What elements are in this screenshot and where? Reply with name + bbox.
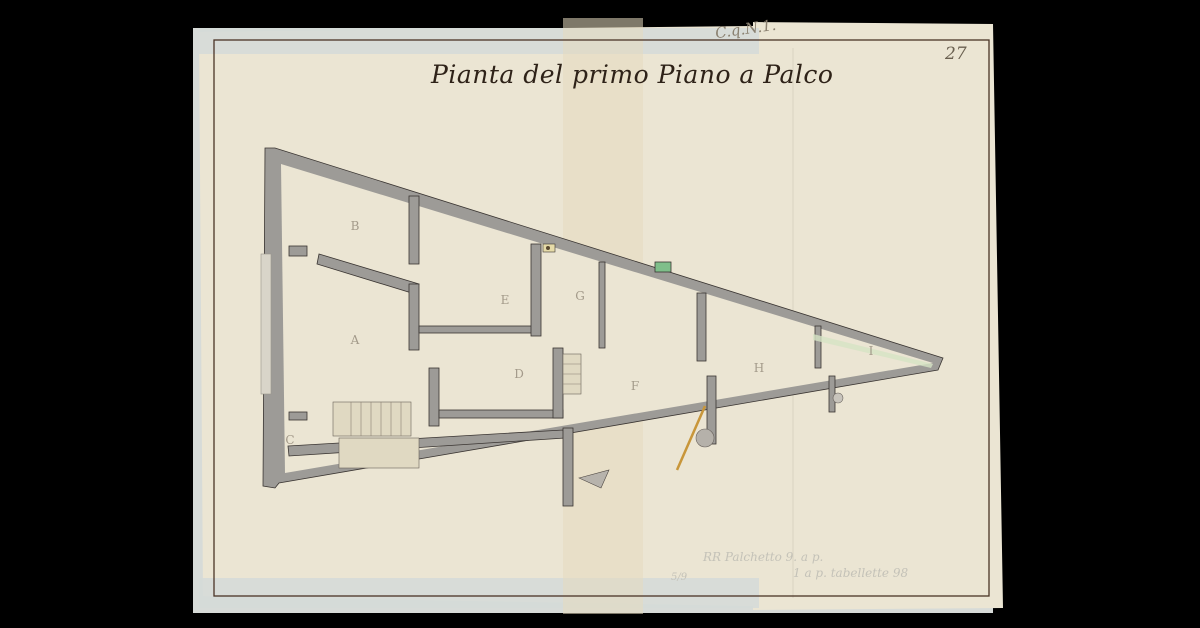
room-label-a: A [351,333,360,347]
pencil-fraction: 5/9 [671,572,687,583]
room-label-b: B [351,219,360,233]
room-label-h: H [754,361,764,375]
manuscript-sheet: Pianta del primo Piano a Palco C.q.N.1. … [193,18,1008,618]
room-label-e: E [501,293,510,307]
green-feature [655,262,671,272]
room-label-g: G [575,289,585,303]
room-label-d: D [514,367,524,381]
pencil-note-right: 1 a p. tabellette 98 [793,566,908,580]
room-label-i: I [869,344,874,358]
pencil-note-left: RR Palchetto 9. a p. [703,550,823,564]
page-number: 27 [945,44,967,64]
room-label-c: C [285,433,294,447]
room-label-f: F [631,379,639,393]
floor-plan-drawing [193,18,1008,618]
plan-title: Pianta del primo Piano a Palco [431,60,833,89]
